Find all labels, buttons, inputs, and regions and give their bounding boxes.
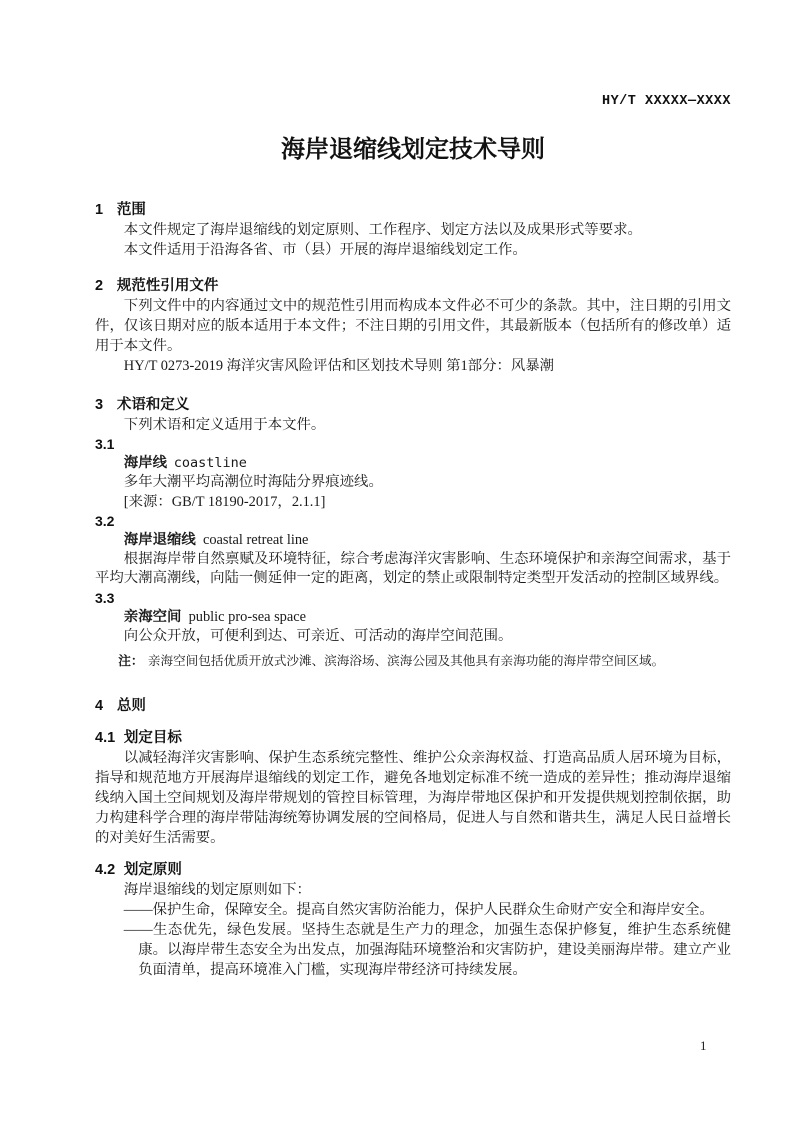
term-name-zh: 亲海空间 [124,609,182,625]
note-label: 注： [118,654,143,668]
section-number: 4 [95,698,103,714]
section-number: 1 [95,202,103,218]
paragraph-normative-references: 下列文件中的内容通过文中的规范性引用而构成本文件必不可少的条款。其中，注日期的引… [95,296,731,356]
term-name-zh: 海岸线 [124,455,167,471]
section-title: 规范性引用文件 [117,278,219,294]
section-4-heading: 4总则 [95,696,731,716]
document-page: HY/T XXXXX—XXXX 海岸退缩线划定技术导则 1范围 本文件规定了海岸… [0,0,800,1132]
paragraph-scope-2: 本文件适用于沿海各省、市（县）开展的海岸退缩线划定工作。 [95,240,731,260]
term-definition: 多年大潮平均高潮位时海陆分界痕迹线。 [95,473,731,493]
term-number: 3.3 [95,589,731,608]
principle-item: ——保护生命，保障安全。提高自然灾害防治能力，保护人民群众生命财产安全和海岸安全… [95,900,731,920]
document-title: 海岸退缩线划定技术导则 [95,136,731,164]
term-name-en: coastal retreat line [203,532,308,548]
section-1-heading: 1范围 [95,200,731,220]
section-title: 范围 [117,202,146,218]
term-definition: 向公众开放，可便利到达、可亲近、可活动的海岸空间范围。 [95,627,731,647]
paragraph-principles-intro: 海岸退缩线的划定原则如下： [95,880,731,900]
section-2-heading: 2规范性引用文件 [95,276,731,296]
paragraph-goal: 以减轻海洋灾害影响、保护生态系统完整性、维护公众亲海权益、打造高品质人居环境为目… [95,748,731,848]
term-name-en: coastline [174,455,247,471]
section-title: 总则 [117,698,146,714]
page-content: HY/T XXXXX—XXXX 海岸退缩线划定技术导则 1范围 本文件规定了海岸… [95,0,731,980]
term-entry: 3.2 海岸退缩线coastal retreat line 根据海岸带自然禀赋及… [95,512,731,589]
principle-item: ——生态优先，绿色发展。坚持生态就是生产力的理念，加强生态保护修复，维护生态系统… [95,920,731,980]
subsection-4-2-heading: 4.2划定原则 [95,860,731,880]
term-definition: 根据海岸带自然禀赋及环境特征，综合考虑海洋灾害影响、生态环境保护和亲海空间需求，… [95,550,731,589]
term-name-en: public pro-sea space [189,609,306,625]
paragraph-scope-1: 本文件规定了海岸退缩线的划定原则、工作程序、划定方法以及成果形式等要求。 [95,220,731,240]
term-note: 注：亲海空间包括优质开放式沙滩、滨海浴场、滨海公园及其他具有亲海功能的海岸带空间… [95,653,731,670]
term-source: [来源：GB/T 18190-2017，2.1.1] [95,493,731,512]
term-entry: 3.1 海岸线coastline 多年大潮平均高潮位时海陆分界痕迹线。 [来源：… [95,435,731,512]
term-name-line: 海岸退缩线coastal retreat line [95,531,731,550]
paragraph-terms-intro: 下列术语和定义适用于本文件。 [95,415,731,435]
subsection-4-1-heading: 4.1划定目标 [95,728,731,748]
normative-reference-item: HY/T 0273-2019 海洋灾害风险评估和区划技术导则 第1部分：风暴潮 [95,356,731,376]
document-header: HY/T XXXXX—XXXX [95,0,731,110]
term-number: 3.1 [95,435,731,454]
section-title: 术语和定义 [117,397,190,413]
section-number: 3 [95,397,103,413]
term-entry: 3.3 亲海空间public pro-sea space 向公众开放，可便利到达… [95,589,731,671]
subsection-title: 划定目标 [124,730,182,746]
subsection-title: 划定原则 [124,862,182,878]
term-name-line: 亲海空间public pro-sea space [95,608,731,627]
standard-code: HY/T XXXXX—XXXX [602,94,731,109]
note-text: 亲海空间包括优质开放式沙滩、滨海浴场、滨海公园及其他具有亲海功能的海岸带空间区域… [148,654,664,668]
section-3-heading: 3术语和定义 [95,395,731,415]
term-number: 3.2 [95,512,731,531]
term-name-line: 海岸线coastline [95,454,731,473]
subsection-number: 4.2 [95,862,115,878]
page-number: 1 [700,1038,707,1054]
subsection-number: 4.1 [95,730,115,746]
term-name-zh: 海岸退缩线 [124,532,196,548]
section-number: 2 [95,278,103,294]
